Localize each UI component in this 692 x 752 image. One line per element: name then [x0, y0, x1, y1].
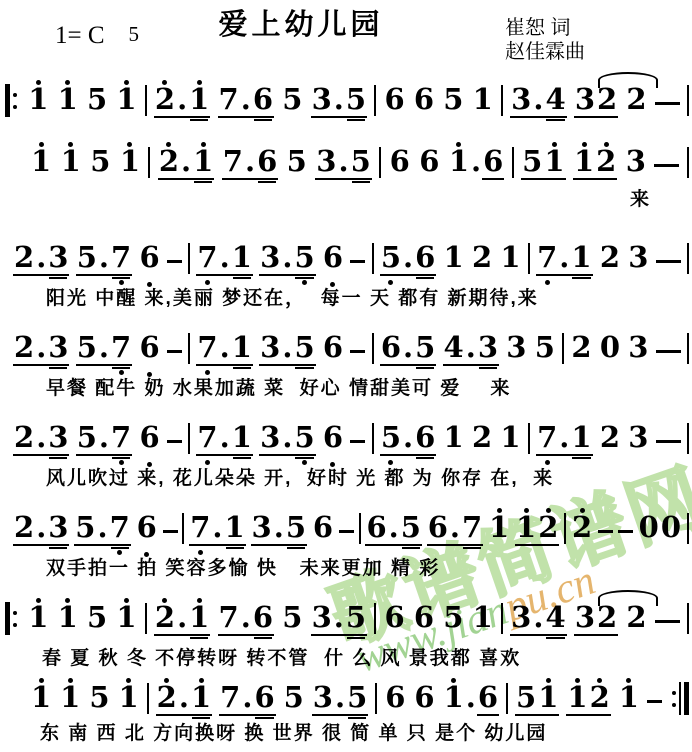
octave-dot-above [201, 142, 206, 147]
composer-credit: 赵佳霖曲 [505, 40, 585, 64]
duration-dash [655, 620, 680, 623]
augmentation-dot: . [178, 683, 190, 716]
note: 6 [383, 85, 405, 118]
note-digit: 5 [345, 603, 367, 636]
note-digit: 5 [414, 333, 436, 366]
augmentation-dot: . [176, 603, 188, 636]
note-digit: 5 [346, 683, 368, 716]
note-digit: 5 [86, 603, 108, 636]
octave-dot-above [626, 678, 631, 683]
duration-dash [598, 530, 613, 533]
note: 2.3 [13, 333, 69, 366]
note: 7.1 [196, 243, 252, 276]
note-digit: 3 [47, 333, 69, 366]
note: 6 [389, 147, 411, 180]
note: 51 [521, 147, 565, 180]
note-digit: 1 [443, 243, 465, 276]
note: 0 [599, 333, 621, 366]
note: 2 [571, 513, 593, 546]
note-digit: 0 [660, 513, 682, 546]
repeat-thick-bar [5, 84, 10, 117]
note-digit: 5 [350, 147, 372, 180]
note: 2 [625, 85, 647, 118]
note-digit: 1 [543, 147, 565, 180]
octave-dot-above [451, 678, 456, 683]
note-digit: 2 [589, 683, 611, 716]
note-digit: 7 [196, 333, 218, 366]
octave-dot-below [545, 280, 550, 285]
augmentation-dot: . [465, 683, 477, 716]
note-digit: 1 [27, 85, 49, 118]
music-system: 2.35.767.13.566.56.7112200 [13, 494, 689, 546]
note-digit: 1 [57, 85, 79, 118]
barline [687, 243, 689, 274]
note-digit: 6 [413, 603, 435, 636]
augmentation-dot: . [532, 603, 544, 636]
note-digit: 6 [322, 243, 344, 276]
repeat-start-sign [5, 602, 20, 635]
note-digit: 1 [118, 683, 140, 716]
note: 3.4 [510, 85, 566, 118]
note: 7.6 [218, 85, 274, 118]
music-system: 2.35.767.13.566.54.335203 [13, 314, 689, 366]
barline [687, 423, 689, 454]
note-digit: 2 [471, 423, 493, 456]
octave-dot-above [164, 678, 169, 683]
note: 6 [322, 423, 344, 456]
note: 5.6 [380, 423, 436, 456]
octave-dot-above [124, 80, 129, 85]
score: 11512.17.653.566513.432211512.17.653.566… [0, 0, 692, 752]
duration-dash [656, 260, 681, 263]
note-digit: 1 [27, 603, 49, 636]
note-digit: 1 [448, 147, 470, 180]
note: 6 [138, 243, 160, 276]
octave-dot-above [68, 678, 73, 683]
note-digit: 6 [413, 683, 435, 716]
augmentation-dot: . [402, 243, 414, 276]
note-digit: 6 [322, 333, 344, 366]
barline [374, 603, 376, 634]
note: 2.3 [13, 243, 69, 276]
note: 5 [286, 147, 308, 180]
barline [188, 333, 190, 364]
note: 1 [27, 603, 49, 636]
note: 7.1 [189, 513, 245, 546]
barline [372, 333, 374, 364]
octave-dot-above [575, 678, 580, 683]
note: 3.4 [510, 603, 566, 636]
note: 6 [322, 333, 344, 366]
note: 5 [442, 603, 464, 636]
note: 5.7 [76, 423, 132, 456]
note-digit: 3 [574, 603, 596, 636]
note-digit: 5 [380, 423, 402, 456]
note: 3.5 [311, 85, 367, 118]
note-digit: 6 [253, 683, 275, 716]
octave-dot-above [127, 142, 132, 147]
note-digit: 1 [499, 243, 521, 276]
music-system: 11512.17.653.5661.651123 [30, 128, 689, 180]
note-digit: 7 [110, 243, 132, 276]
note: 12 [515, 513, 559, 546]
note-digit: 5 [281, 85, 303, 118]
note: 1.6 [443, 683, 499, 716]
note-digit: 3 [627, 243, 649, 276]
barline [147, 683, 149, 714]
octave-dot-above [162, 598, 167, 603]
note-digit: 5 [534, 333, 556, 366]
lyricist-credit: 崔恕 词 [505, 16, 585, 40]
music-system: 11512.17.653.5661.651121 [30, 664, 689, 716]
key-signature: 1= C5 [55, 22, 139, 50]
note: 3 [627, 423, 649, 456]
note-digit: 1 [192, 147, 214, 180]
note: 2.1 [154, 85, 210, 118]
note-digit: 7 [189, 513, 211, 546]
note: 12 [573, 147, 617, 180]
note-digit: 2 [154, 603, 176, 636]
note: 6.5 [380, 333, 436, 366]
note-digit: 4 [544, 603, 566, 636]
barline [528, 243, 530, 274]
note: 3.5 [312, 683, 368, 716]
note: 3.5 [251, 513, 307, 546]
note: 6 [383, 603, 405, 636]
note: 3 [627, 333, 649, 366]
augmentation-dot: . [98, 423, 110, 456]
note-digit: 2 [571, 513, 593, 546]
octave-dot-above [197, 80, 202, 85]
note-digit: 3 [47, 243, 69, 276]
note-digit: 5 [74, 513, 96, 546]
repeat-dot [672, 703, 676, 707]
repeat-dots [672, 691, 676, 707]
note-digit: 6 [482, 147, 504, 180]
barline [145, 85, 147, 116]
meter-number: 5 [129, 22, 140, 46]
barline [528, 423, 530, 454]
note: 5 [88, 683, 110, 716]
repeat-dot [13, 611, 17, 615]
note-digit: 2 [13, 513, 35, 546]
barline [506, 683, 508, 714]
barline [375, 683, 377, 714]
note-digit: 6 [414, 243, 436, 276]
music-system: 2.35.767.13.565.61217.123 [13, 404, 689, 456]
note: 6 [413, 603, 435, 636]
octave-dot-above [166, 142, 171, 147]
octave-dot-above [597, 678, 602, 683]
duration-dash [656, 440, 681, 443]
octave-dot-above [36, 80, 41, 85]
augmentation-dot: . [35, 513, 47, 546]
note-digit: 5 [515, 683, 537, 716]
augmentation-dot: . [388, 513, 400, 546]
octave-dot-above [456, 142, 461, 147]
augmentation-dot: . [35, 423, 47, 456]
note: 6 [384, 683, 406, 716]
note-digit: 3 [312, 683, 334, 716]
augmentation-dot: . [96, 513, 108, 546]
augmentation-dot: . [333, 603, 345, 636]
note-digit: 2 [596, 85, 618, 118]
repeat-end-sign [669, 682, 689, 715]
note-digit: 4 [443, 333, 465, 366]
barline [148, 147, 150, 178]
note-digit: 6 [427, 513, 449, 546]
note: 1 [57, 85, 79, 118]
augmentation-dot: . [240, 603, 252, 636]
augmentation-dot: . [211, 513, 223, 546]
note-digit: 6 [414, 423, 436, 456]
key-label: 1= C [55, 22, 105, 49]
note: 6 [322, 243, 344, 276]
lyrics-line: 来 [630, 184, 651, 211]
note-digit: 5 [76, 423, 98, 456]
barline [145, 603, 147, 634]
octave-dot-above [65, 80, 70, 85]
octave-dot-above [199, 678, 204, 683]
note-digit: 6 [138, 243, 160, 276]
duration-dash [163, 530, 178, 533]
note-digit: 6 [322, 423, 344, 456]
augmentation-dot: . [180, 147, 192, 180]
note-digit: 7 [110, 423, 132, 456]
note-digit: 1 [188, 85, 210, 118]
note-digit: 5 [293, 333, 315, 366]
augmentation-dot: . [281, 333, 293, 366]
augmentation-dot: . [281, 423, 293, 456]
music-system: 11512.17.653.566513.4322 [5, 584, 689, 636]
note-digit: 1 [570, 243, 592, 276]
octave-dot-above [126, 678, 131, 683]
augmentation-dot: . [281, 243, 293, 276]
note: 5.7 [76, 333, 132, 366]
note: 3.5 [311, 603, 367, 636]
note-digit: 6 [380, 333, 402, 366]
note-digit: 3 [259, 423, 281, 456]
note-digit: 5 [283, 683, 305, 716]
note: 2 [599, 423, 621, 456]
note-digit: 1 [190, 683, 212, 716]
note-digit: 5 [76, 243, 98, 276]
barline [512, 147, 514, 178]
note-digit: 6 [138, 423, 160, 456]
barline [687, 85, 689, 116]
note-digit: 6 [383, 85, 405, 118]
note-digit: 1 [30, 147, 52, 180]
augmentation-dot: . [334, 683, 346, 716]
note: 5.7 [74, 513, 130, 546]
note: 3.5 [315, 147, 371, 180]
augmentation-dot: . [176, 85, 188, 118]
barline [374, 85, 376, 116]
octave-dot-above [604, 142, 609, 147]
note-digit: 7 [109, 513, 131, 546]
repeat-dot [13, 93, 17, 97]
augmentation-dot: . [219, 243, 231, 276]
duration-dash [655, 102, 680, 105]
note-digit: 3 [625, 147, 647, 180]
note: 5 [442, 85, 464, 118]
note: 7.6 [219, 683, 275, 716]
note-digit: 3 [315, 147, 337, 180]
note: 3.5 [259, 243, 315, 276]
note-digit: 5 [293, 243, 315, 276]
note-digit: 5 [86, 85, 108, 118]
augmentation-dot: . [35, 333, 47, 366]
note-digit: 3 [627, 333, 649, 366]
credits: 崔恕 词 赵佳霖曲 [505, 16, 585, 64]
duration-dash [167, 260, 182, 263]
note-digit: 3 [251, 513, 273, 546]
note-digit: 1 [570, 423, 592, 456]
octave-dot-above [524, 508, 529, 513]
note: 1 [472, 85, 494, 118]
note: 5 [86, 85, 108, 118]
note: 32 [574, 85, 618, 118]
note: 1 [30, 683, 52, 716]
duration-dash [647, 700, 662, 703]
augmentation-dot: . [273, 513, 285, 546]
note-digit: 2 [158, 147, 180, 180]
note: 7.6 [222, 147, 278, 180]
note-digit: 1 [566, 683, 588, 716]
repeat-thin-bar [679, 682, 681, 715]
augmentation-dot: . [465, 333, 477, 366]
note-digit: 1 [443, 423, 465, 456]
duration-dash [656, 350, 681, 353]
note-digit: 5 [286, 147, 308, 180]
repeat-dots [13, 611, 17, 627]
note-digit: 2 [625, 603, 647, 636]
note-digit: 6 [138, 333, 160, 366]
note-digit: 1 [515, 513, 537, 546]
augmentation-dot: . [35, 243, 47, 276]
octave-dot-above [39, 678, 44, 683]
octave-dot-above [68, 142, 73, 147]
note-digit: 1 [231, 243, 253, 276]
note-digit: 5 [400, 513, 422, 546]
note-digit: 1 [537, 683, 559, 716]
note: 1 [57, 603, 79, 636]
note: 2.1 [156, 683, 212, 716]
note-digit: 2 [154, 85, 176, 118]
note-digit: 5 [380, 243, 402, 276]
note-digit: 6 [389, 147, 411, 180]
lyrics-line: 阳光 中醒 来,美丽 梦还在， 每一 天 都有 新期待,来 [46, 283, 539, 310]
note: 2 [471, 423, 493, 456]
note-digit: 1 [443, 683, 465, 716]
note: 6.7 [427, 513, 483, 546]
repeat-dot [13, 623, 17, 627]
note-digit: 3 [510, 603, 532, 636]
note: 1 [443, 243, 465, 276]
note-digit: 6 [365, 513, 387, 546]
note: 6.5 [365, 513, 421, 546]
note-digit: 3 [477, 333, 499, 366]
repeat-thick-bar [684, 682, 689, 715]
note: 1 [499, 243, 521, 276]
note-digit: 2 [13, 423, 35, 456]
augmentation-dot: . [449, 513, 461, 546]
note: 1 [59, 683, 81, 716]
music-system: 2.35.767.13.565.61217.123 [13, 224, 689, 276]
duration-dash [654, 164, 679, 167]
duration-dash [618, 530, 633, 533]
note-digit: 6 [252, 603, 274, 636]
barline [687, 603, 689, 634]
barline [188, 243, 190, 274]
octave-dot-above [162, 80, 167, 85]
barline [501, 603, 503, 634]
repeat-dot [672, 691, 676, 695]
note-digit: 1 [115, 603, 137, 636]
note-digit: 5 [76, 333, 98, 366]
note-digit: 3 [510, 85, 532, 118]
augmentation-dot: . [402, 333, 414, 366]
note: 7.6 [218, 603, 274, 636]
note-digit: 6 [312, 513, 334, 546]
augmentation-dot: . [244, 147, 256, 180]
octave-dot-above [65, 598, 70, 603]
duration-dash [167, 350, 182, 353]
note-digit: 6 [418, 147, 440, 180]
note-digit: 3 [47, 423, 69, 456]
note-digit: 1 [231, 333, 253, 366]
barline [372, 243, 374, 274]
note-digit: 7 [536, 423, 558, 456]
note-digit: 5 [293, 423, 315, 456]
duration-dash [350, 440, 365, 443]
note: 00 [638, 513, 682, 546]
octave-dot-above [497, 508, 502, 513]
note: 5 [534, 333, 556, 366]
barline [188, 423, 190, 454]
note: 6 [413, 85, 435, 118]
note-digit: 2 [570, 333, 592, 366]
repeat-thick-bar [5, 602, 10, 635]
note: 2 [599, 243, 621, 276]
note: 1 [499, 423, 521, 456]
note-digit: 2 [537, 513, 559, 546]
note: 1 [472, 603, 494, 636]
augmentation-dot: . [240, 85, 252, 118]
note-digit: 4 [544, 85, 566, 118]
augmentation-dot: . [402, 423, 414, 456]
note: 12 [566, 683, 610, 716]
octave-dot-above [552, 142, 557, 147]
note-digit: 2 [13, 333, 35, 366]
note-digit: 1 [472, 603, 494, 636]
note: 6 [312, 513, 334, 546]
note-digit: 5 [88, 683, 110, 716]
note: 3.5 [259, 333, 315, 366]
note: 7.1 [196, 333, 252, 366]
note: 5 [89, 147, 111, 180]
barline [562, 333, 564, 364]
note-digit: 2 [599, 243, 621, 276]
note: 6 [138, 333, 160, 366]
note: 2.3 [13, 513, 69, 546]
augmentation-dot: . [337, 147, 349, 180]
note: 2 [570, 333, 592, 366]
note: 1 [488, 513, 510, 546]
note: 1 [118, 683, 140, 716]
note-digit: 1 [618, 683, 640, 716]
barline [379, 147, 381, 178]
